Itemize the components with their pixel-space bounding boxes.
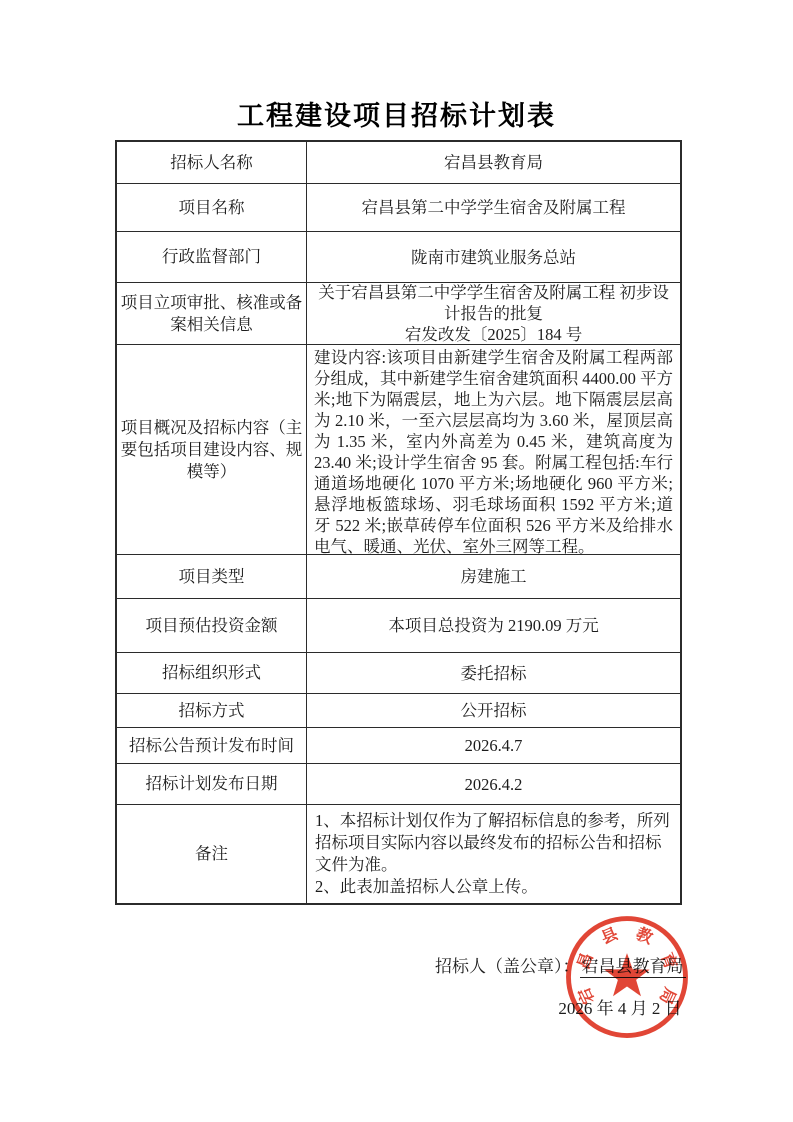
table-row: 备注 1、本招标计划仅作为了解招标信息的参考，所列招标项目实际内容以最终发布的招… [117, 804, 680, 903]
signature-label: 招标人（盖公章）： [435, 957, 580, 976]
seal-char: 县 [598, 923, 621, 947]
document-page: 工程建设项目招标计划表 招标人名称 宕昌县教育局 项目名称 宕昌县第二中学学生宿… [0, 0, 793, 1122]
table-row: 项目名称 宕昌县第二中学学生宿舍及附属工程 [117, 183, 680, 231]
table-row: 招标计划发布日期 2026.4.2 [117, 763, 680, 804]
page-title: 工程建设项目招标计划表 [0, 94, 793, 133]
table-row: 项目预估投资金额 本项目总投资为 2190.09 万元 [117, 598, 680, 652]
signature-line: 招标人（盖公章）：宕昌县教育局 [435, 956, 686, 978]
row-label: 招标公告预计发布时间 [117, 728, 307, 763]
row-label: 项目类型 [117, 555, 307, 598]
row-value: 2026.4.7 [307, 728, 680, 763]
table-row: 招标方式 公开招标 [117, 693, 680, 727]
row-label: 招标组织形式 [117, 653, 307, 693]
row-value: 本项目总投资为 2190.09 万元 [307, 599, 680, 652]
row-label: 招标计划发布日期 [117, 764, 307, 804]
row-value: 委托招标 [307, 653, 680, 693]
table-row: 招标组织形式 委托招标 [117, 652, 680, 693]
row-value: 建设内容:该项目由新建学生宿舍及附属工程两部分组成，其中新建学生宿舍建筑面积 4… [307, 345, 680, 554]
row-label: 项目预估投资金额 [117, 599, 307, 652]
table-row: 项目类型 房建施工 [117, 554, 680, 598]
row-value: 1、本招标计划仅作为了解招标信息的参考，所列招标项目实际内容以最终发布的招标公告… [307, 805, 680, 903]
row-value: 2026.4.2 [307, 764, 680, 804]
project-overview-text: 建设内容:该项目由新建学生宿舍及附属工程两部分组成，其中新建学生宿舍建筑面积 4… [314, 347, 673, 557]
row-label: 招标人名称 [117, 142, 307, 183]
table-row: 招标公告预计发布时间 2026.4.7 [117, 727, 680, 763]
row-value: 宕昌县第二中学学生宿舍及附属工程 [307, 184, 680, 231]
row-label: 招标方式 [117, 694, 307, 727]
bidding-plan-table: 招标人名称 宕昌县教育局 项目名称 宕昌县第二中学学生宿舍及附属工程 行政监督部… [115, 140, 682, 905]
row-label: 项目概况及招标内容（主要包括项目建设内容、规模等） [117, 345, 307, 554]
signature-org-name: 宕昌县教育局 [580, 957, 686, 978]
remark-item: 2、此表加盖招标人公章上传。 [315, 876, 672, 898]
row-value: 陇南市建筑业服务总站 [307, 232, 680, 282]
row-label: 项目名称 [117, 184, 307, 231]
table-row: 项目立项审批、核准或备案相关信息 关于宕昌县第二中学学生宿舍及附属工程 初步设计… [117, 282, 680, 344]
row-value: 宕昌县教育局 [307, 142, 680, 183]
row-label: 备注 [117, 805, 307, 903]
seal-char: 教 [633, 925, 656, 948]
table-row: 项目概况及招标内容（主要包括项目建设内容、规模等） 建设内容:该项目由新建学生宿… [117, 344, 680, 554]
table-row: 招标人名称 宕昌县教育局 [117, 142, 680, 183]
row-label: 项目立项审批、核准或备案相关信息 [117, 283, 307, 344]
row-value: 关于宕昌县第二中学学生宿舍及附属工程 初步设计报告的批复 宕发改发〔2025〕1… [307, 283, 680, 344]
approval-line: 关于宕昌县第二中学学生宿舍及附属工程 初步设计报告的批复 [311, 282, 676, 324]
row-value: 房建施工 [307, 555, 680, 598]
row-label: 行政监督部门 [117, 232, 307, 282]
table-row: 行政监督部门 陇南市建筑业服务总站 [117, 231, 680, 282]
signature-date: 2026 年 4 月 2 日 [550, 998, 690, 1020]
row-value: 公开招标 [307, 694, 680, 727]
approval-doc-number: 宕发改发〔2025〕184 号 [405, 324, 582, 345]
remark-item: 1、本招标计划仅作为了解招标信息的参考，所列招标项目实际内容以最终发布的招标公告… [315, 810, 672, 876]
